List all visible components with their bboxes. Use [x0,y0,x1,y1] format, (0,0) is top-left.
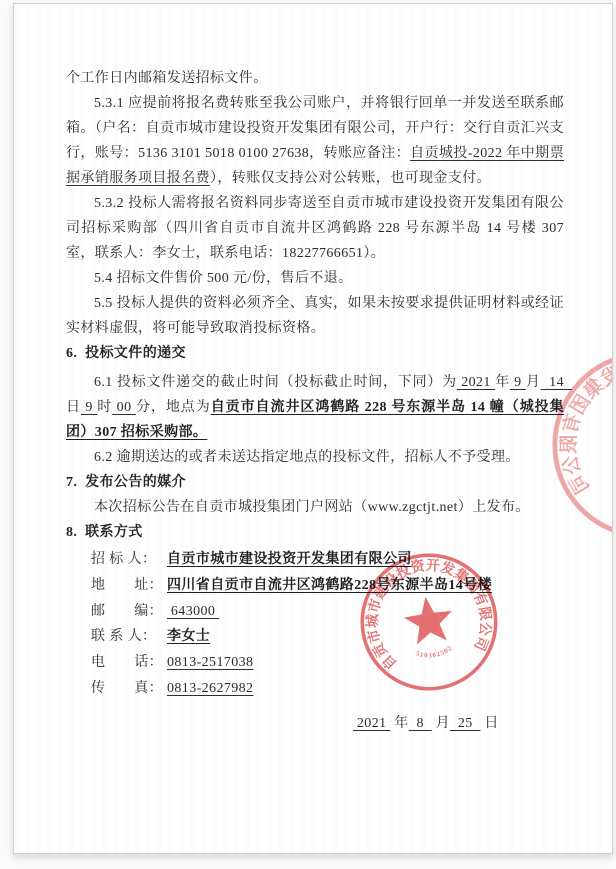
contact-value: 0813-2517038 [167,650,253,676]
section-heading: 6. 投标文件的递交 [66,341,564,366]
text-segment: 5.4 招标文件售价 500 元/份，售后不退。 [94,271,353,286]
text-segment: 2021 [353,716,390,731]
text-segment: 14 [541,375,572,390]
text-segment: 00 [112,400,136,415]
text-segment: 年 [495,375,510,390]
document-body: 个工作日内邮箱发送招标文件。5.3.1 应提前将报名费转账至我公司账户，并将银行… [66,66,564,736]
contact-label: 地 址： [91,573,167,599]
paragraph: 6.2 逾期送达的或者未送达指定地点的投标文件，招标人不予受理。 [66,445,564,470]
text-segment: 9 [81,400,97,415]
paragraph: 5.3.1 应提前将报名费转账至我公司账户，并将银行回单一并发送至联系邮箱。（户… [66,91,564,191]
contact-label: 招 标 人： [91,547,167,573]
contact-row: 邮 编： 643000 [91,599,564,625]
text-segment: 8 [409,716,432,731]
contact-row: 传 真：0813-2627982 [91,676,564,702]
text-segment: 月 [432,716,450,731]
contact-info-block: 招 标 人：自贡市城市建设投资开发集团有限公司地 址：四川省自贡市自流井区鸿鹤路… [91,547,564,702]
text-segment: 本次招标公告在自贡市城投集团门户网站（www.zgctjt.net）上发布。 [94,500,530,515]
section-heading: 8. 联系方式 [66,520,564,545]
text-segment: 6. 投标文件的递交 [66,346,186,361]
text-segment: 9 [510,375,526,390]
text-segment: 个工作日内邮箱发送招标文件。 [66,71,268,86]
contact-row: 电 话：0813-2517038 [91,650,564,676]
paragraph: 个工作日内邮箱发送招标文件。 [66,66,564,91]
paragraph: 5.5 投标人提供的资料必须齐全、真实，如果未按要求提供证明材料或经证实材料虚假… [66,291,564,341]
contact-row: 招 标 人：自贡市城市建设投资开发集团有限公司 [91,547,564,573]
date-line: 2021 年 8 月 25 日 [353,711,564,736]
text-segment: 月 [526,375,541,390]
text-segment: 5.5 投标人提供的资料必须齐全、真实，如果未按要求提供证明材料或经证实材料虚假… [66,296,564,336]
paragraph: 5.3.2 投标人需将报名资料同步寄送至自贡市城市建设投资开发集团有限公司招标采… [66,191,564,266]
text-segment: 分，地点为 [136,400,211,415]
text-segment: 6.2 逾期送达的或者未送达指定地点的投标文件，招标人不予受理。 [94,450,520,465]
contact-value: 0813-2627982 [167,676,253,702]
text-segment: 2021 [457,375,495,390]
text-segment: 8. 联系方式 [66,525,143,540]
text-segment: 日 [480,716,498,731]
contact-value: 四川省自贡市自流井区鸿鹤路228号东源半岛14号楼 [167,573,492,599]
contact-label: 电 话： [91,650,167,676]
scanned-page: 个工作日内邮箱发送招标文件。5.3.1 应提前将报名费转账至我公司账户，并将银行… [13,3,613,854]
contact-value: 自贡市城市建设投资开发集团有限公司 [167,547,412,573]
text-segment: 时 [97,400,112,415]
contact-value: 李女士 [167,624,210,650]
contact-label: 传 真： [91,676,167,702]
section-heading: 7. 发布公告的媒介 [66,470,564,495]
contact-row: 联 系 人：李女士 [91,624,564,650]
text-segment: 日 [66,400,81,415]
paragraph: 6.1 投标文件递交的截止时间（投标截止时间，下同）为 2021 年 9 月 1… [66,370,564,445]
text-segment: 7. 发布公告的媒介 [66,475,186,490]
text-segment: 6.1 投标文件递交的截止时间（投标截止时间，下同）为 [94,375,457,390]
text-segment: 年 [390,716,408,731]
contact-row: 地 址：四川省自贡市自流井区鸿鹤路228号东源半岛14号楼 [91,573,564,599]
text-segment: ），转账仅支持公对公转账，也可现金支付。 [210,171,491,186]
contact-label: 邮 编： [91,599,167,625]
paragraph: 本次招标公告在自贡市城投集团门户网站（www.zgctjt.net）上发布。 [66,495,564,520]
paragraph: 5.4 招标文件售价 500 元/份，售后不退。 [66,266,564,291]
contact-value: 643000 [167,599,219,625]
text-segment: 5.3.2 投标人需将报名资料同步寄送至自贡市城市建设投资开发集团有限公司招标采… [66,196,568,261]
tender-text-blocks: 个工作日内邮箱发送招标文件。5.3.1 应提前将报名费转账至我公司账户，并将银行… [66,66,564,545]
contact-label: 联 系 人： [91,624,167,650]
text-segment: 25 [450,716,480,731]
